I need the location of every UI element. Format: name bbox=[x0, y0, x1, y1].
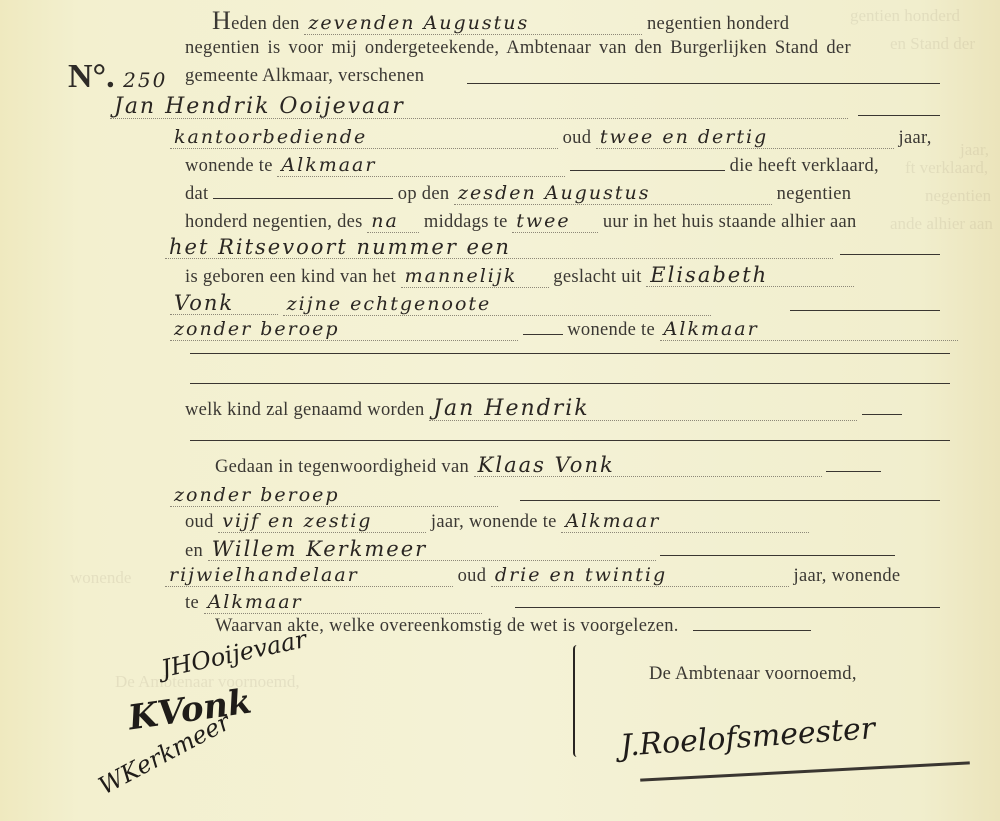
oud-label: oud bbox=[563, 128, 592, 148]
line-6-suffix: die heeft verklaard, bbox=[730, 156, 879, 176]
rule bbox=[190, 353, 950, 354]
ampm-field[interactable]: na bbox=[367, 210, 419, 233]
oud-label: oud bbox=[458, 566, 487, 586]
line-3: gemeente Alkmaar, verschenen bbox=[185, 66, 424, 87]
mother-first-name-field[interactable]: Elisabeth bbox=[646, 264, 854, 287]
record-number-label: N°. bbox=[68, 58, 115, 95]
jaar-label: jaar, bbox=[899, 128, 932, 148]
signature-brace bbox=[573, 645, 583, 757]
mother-residence-field[interactable]: Alkmaar bbox=[660, 318, 958, 341]
rule bbox=[190, 383, 950, 384]
rule bbox=[520, 500, 940, 501]
witness1-age-field[interactable]: vijf en zestig bbox=[218, 510, 426, 533]
line-2: negentien is voor mij ondergeteekende, A… bbox=[185, 38, 851, 59]
mother-last-name-field[interactable]: Vonk bbox=[170, 292, 278, 315]
witness2-name-field[interactable]: Willem Kerkmeer bbox=[208, 538, 656, 561]
witness1-name-field[interactable]: Klaas Vonk bbox=[474, 454, 822, 477]
birth-date-field[interactable]: zesden Augustus bbox=[454, 182, 772, 205]
bleed-through-text: en Stand der bbox=[890, 34, 975, 54]
line-20: te Alkmaar bbox=[185, 591, 482, 614]
line-6: wonende te Alkmaar die heeft verklaard, bbox=[185, 154, 879, 177]
line-14: welk kind zal genaamd worden Jan Hendrik bbox=[185, 398, 902, 421]
rule bbox=[190, 440, 950, 441]
rule bbox=[213, 197, 393, 199]
rule bbox=[858, 115, 940, 116]
line-17: oud vijf en zestig jaar, wonende te Alkm… bbox=[185, 510, 809, 533]
witness2-residence-field[interactable]: Alkmaar bbox=[204, 591, 482, 614]
oud-label: oud bbox=[185, 512, 214, 532]
line-7: dat op den zesden Augustus negentien bbox=[185, 182, 851, 205]
witness1-residence-field[interactable]: Alkmaar bbox=[561, 510, 809, 533]
bleed-through-text: gentien honderd bbox=[850, 6, 960, 26]
line-11: Vonk zijne echtgenoote bbox=[170, 292, 711, 316]
declarant-occupation-field[interactable]: kantoorbediende bbox=[170, 126, 558, 149]
child-sex-field[interactable]: mannelijk bbox=[401, 265, 549, 288]
rule bbox=[840, 254, 940, 255]
birth-address-field[interactable]: het Ritsevoort nummer een bbox=[165, 236, 833, 259]
en-label: en bbox=[185, 541, 203, 561]
heden-den-label: Heden den bbox=[212, 14, 300, 34]
middags-te-label: middags te bbox=[424, 212, 508, 232]
child-name-field[interactable]: Jan Hendrik bbox=[429, 398, 857, 421]
jaar-wonende-te-label: jaar, wonende te bbox=[431, 512, 557, 532]
signature-underline bbox=[640, 761, 970, 781]
witnesses-label: Gedaan in tegenwoordigheid van bbox=[215, 457, 469, 477]
line-15: Gedaan in tegenwoordigheid van Klaas Von… bbox=[215, 454, 881, 478]
bleed-through-text: negentien bbox=[925, 186, 991, 206]
bleed-through-text: jaar, bbox=[960, 140, 989, 160]
line-8: honderd negentien, des na middags te twe… bbox=[185, 210, 857, 233]
geslacht-uit-label: geslacht uit bbox=[553, 267, 641, 287]
rule bbox=[570, 169, 725, 171]
rule bbox=[660, 554, 895, 556]
line-10: is geboren een kind van het mannelijk ge… bbox=[185, 264, 854, 288]
line-9: het Ritsevoort nummer een bbox=[165, 236, 833, 260]
rule bbox=[826, 470, 881, 472]
bleed-through-text: ft verklaard, bbox=[905, 158, 988, 178]
rule bbox=[862, 413, 902, 415]
line-7-suffix: negentien bbox=[777, 184, 852, 204]
rule bbox=[790, 310, 940, 311]
signature-official: J.Roelofsmeester bbox=[619, 711, 876, 764]
wonende-te-label: wonende te bbox=[567, 320, 655, 340]
bleed-through-text: wonende bbox=[70, 568, 131, 588]
wonende-te-label: wonende te bbox=[185, 156, 273, 176]
dat-label: dat bbox=[185, 184, 209, 204]
witness2-occupation-field[interactable]: rijwielhandelaar bbox=[165, 564, 453, 587]
te-label: te bbox=[185, 593, 199, 613]
line-19: rijwielhandelaar oud drie en twintig jaa… bbox=[165, 564, 900, 587]
record-number-value: 250 bbox=[123, 68, 167, 92]
line-8-suffix: uur in het huis staande alhier aan bbox=[603, 212, 857, 232]
mother-relation-field[interactable]: zijne echtgenoote bbox=[283, 293, 711, 316]
line-10-prefix: is geboren een kind van het bbox=[185, 267, 396, 287]
rule bbox=[515, 607, 940, 608]
line-12: zonder beroep wonende te Alkmaar bbox=[170, 318, 958, 341]
birth-hour-field[interactable]: twee bbox=[512, 210, 598, 233]
line-8-prefix: honderd negentien, des bbox=[185, 212, 363, 232]
op-den-label: op den bbox=[398, 184, 450, 204]
bleed-through-text: ande alhier aan bbox=[890, 214, 993, 234]
declarant-residence-field[interactable]: Alkmaar bbox=[277, 154, 565, 177]
witness1-occupation-field[interactable]: zonder beroep bbox=[170, 484, 498, 507]
line-1-suffix: negentien honderd bbox=[647, 14, 789, 34]
rule bbox=[523, 333, 563, 335]
line-1: Heden den zevenden Augustus negentien ho… bbox=[212, 6, 789, 36]
declarant-name-field[interactable]: Jan Hendrik Ooijevaar bbox=[110, 96, 848, 119]
jaar-wonende-label: jaar, wonende bbox=[794, 566, 901, 586]
record-number: N°. 250 bbox=[68, 58, 167, 96]
child-name-label: welk kind zal genaamd worden bbox=[185, 400, 425, 420]
line-4: Jan Hendrik Ooijevaar bbox=[110, 96, 848, 119]
rule bbox=[693, 629, 811, 631]
line-16: zonder beroep bbox=[170, 484, 498, 507]
line-18: en Willem Kerkmeer bbox=[185, 538, 895, 562]
official-title: De Ambtenaar voornoemd, bbox=[649, 664, 857, 685]
line-5: kantoorbediende oud twee en dertig jaar, bbox=[170, 126, 932, 149]
rule bbox=[467, 83, 940, 84]
registration-date-field[interactable]: zevenden Augustus bbox=[304, 12, 642, 35]
mother-occupation-field[interactable]: zonder beroep bbox=[170, 318, 518, 341]
witness2-age-field[interactable]: drie en twintig bbox=[491, 564, 789, 587]
declarant-age-field[interactable]: twee en dertig bbox=[596, 126, 894, 149]
line-3-text: gemeente Alkmaar, verschenen bbox=[185, 66, 424, 86]
heden-den-rest: eden den bbox=[231, 14, 300, 34]
